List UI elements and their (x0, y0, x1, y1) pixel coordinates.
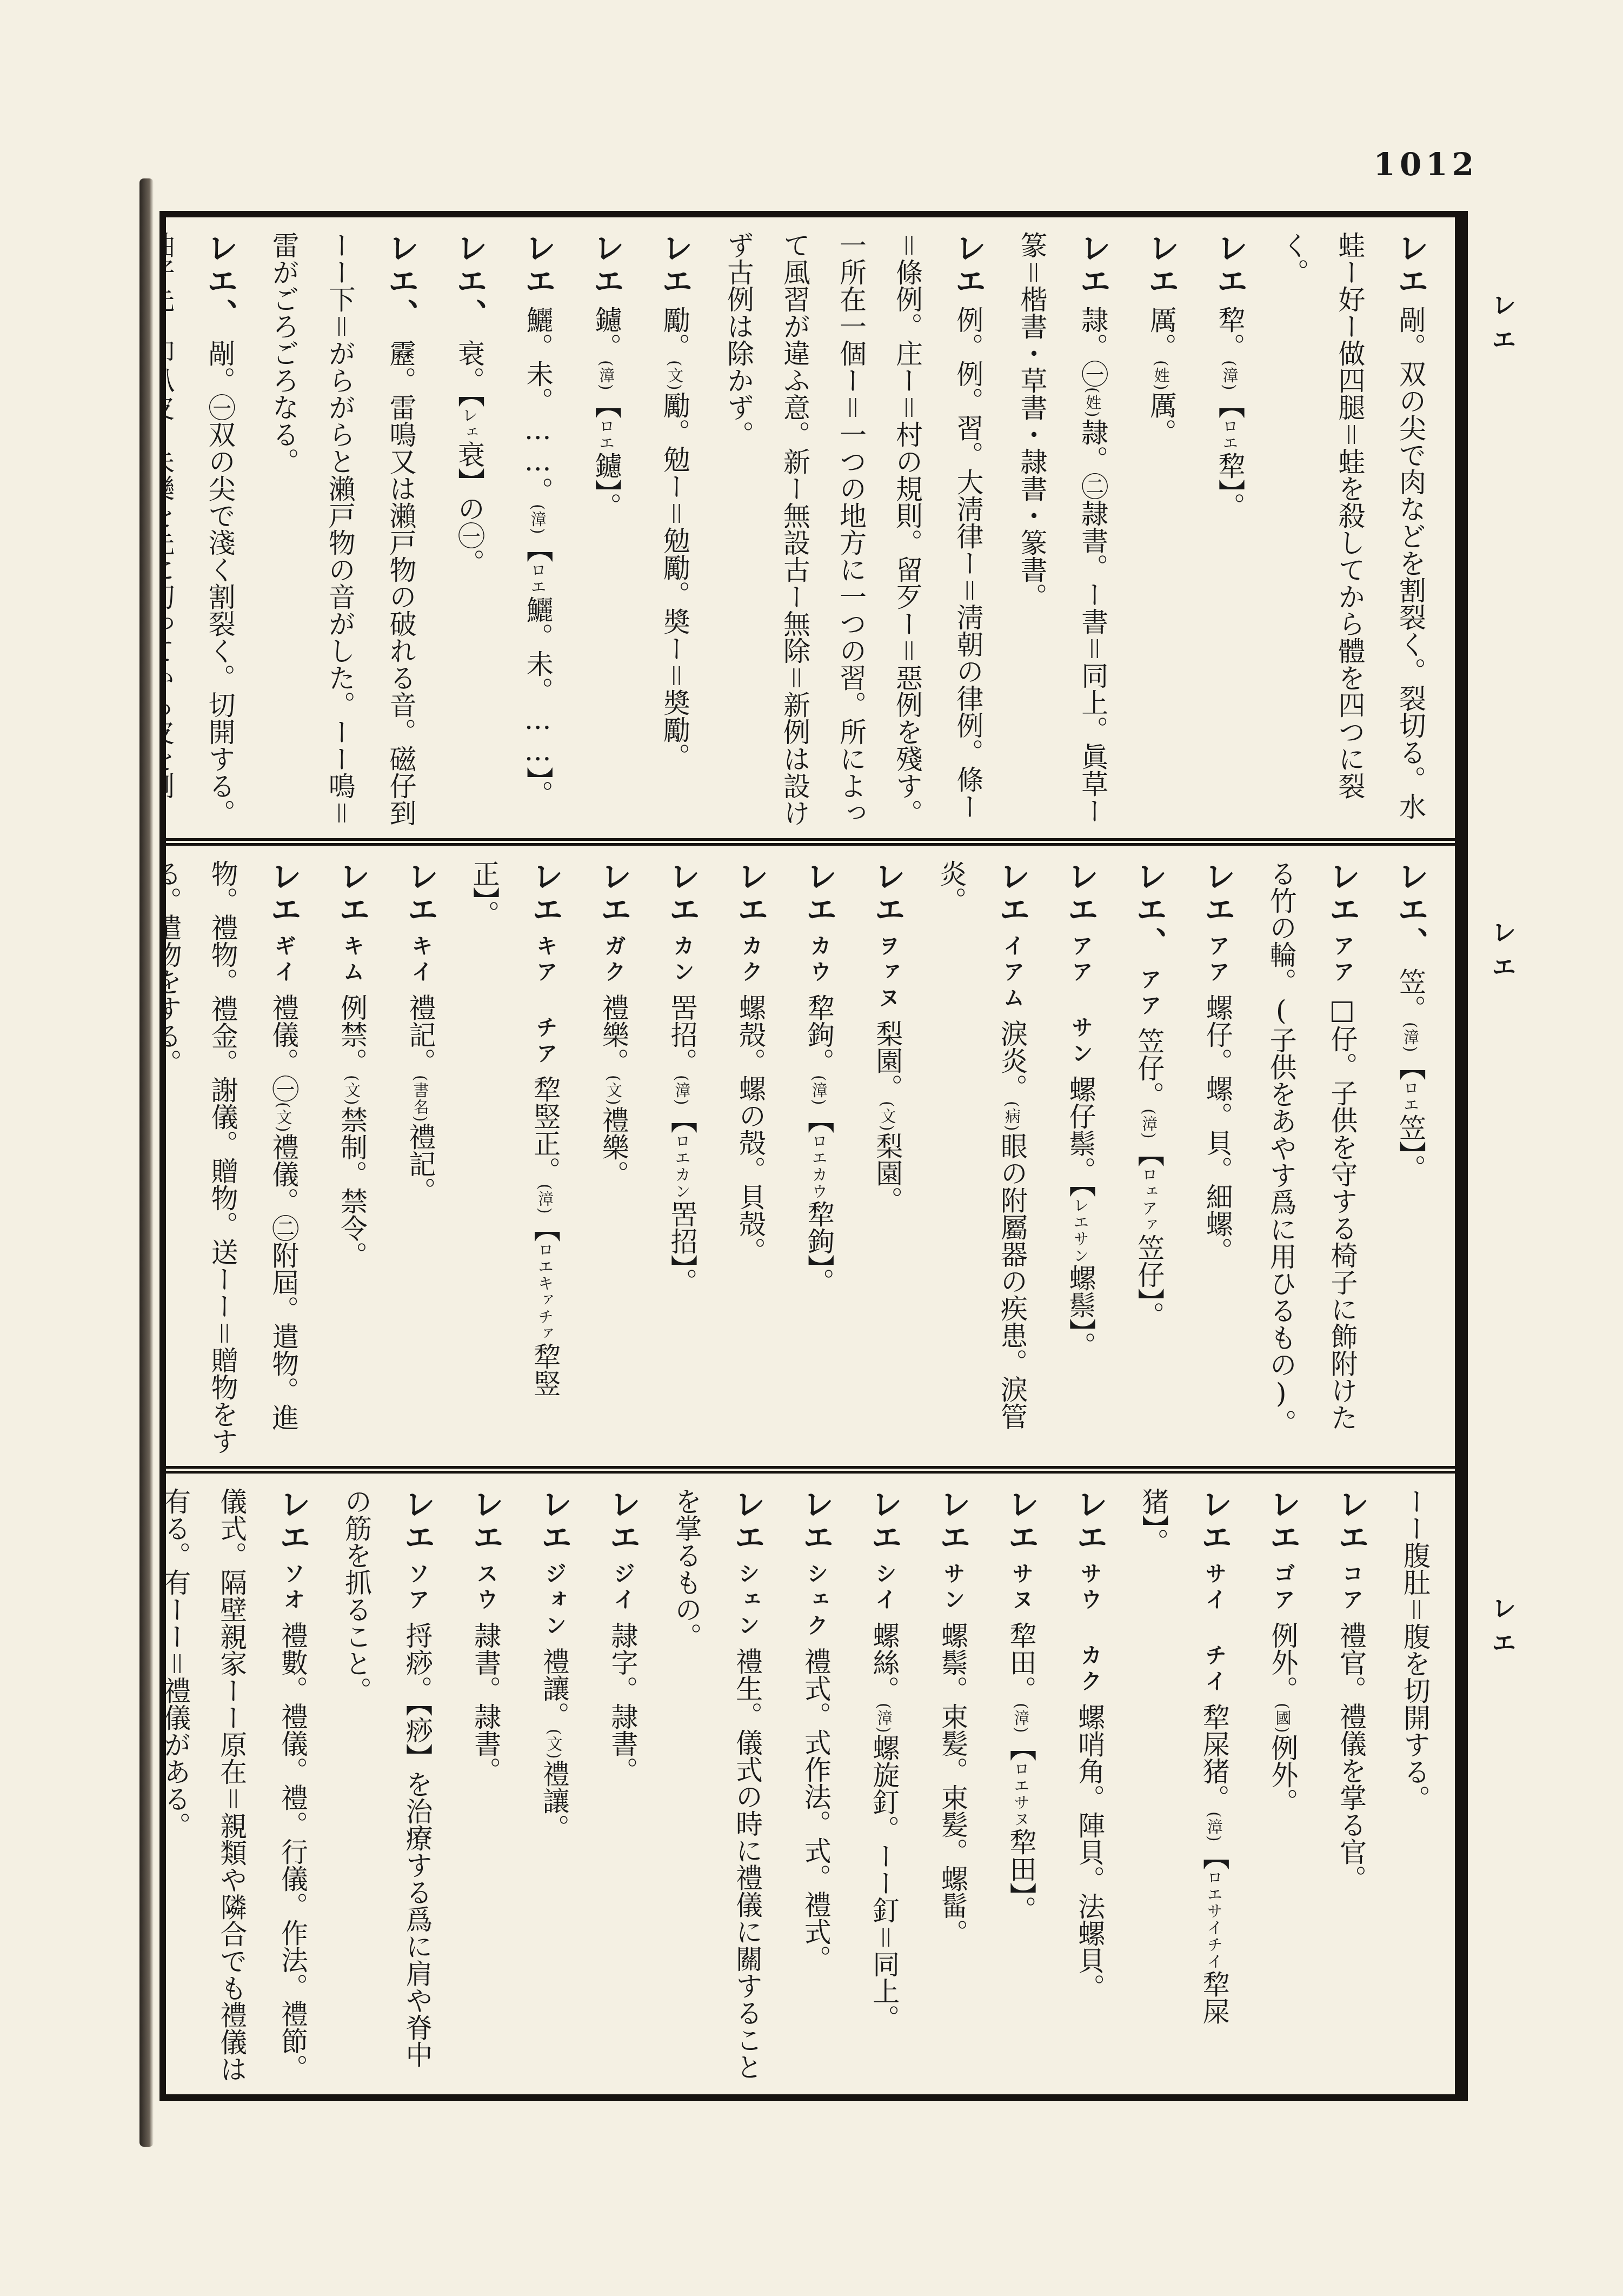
entry-sub-reading: アア サン (1068, 934, 1094, 1068)
entry-sub-reading: カン (669, 934, 695, 986)
small-annotation: ロエサヌ (1012, 1761, 1030, 1828)
small-annotation: (漳) (597, 360, 615, 391)
entry-head-reading: レエ (732, 860, 769, 927)
entry-head-reading: レエ (866, 1488, 902, 1555)
entry-head-reading: レエ (1062, 860, 1099, 927)
entry-sub-reading: シイ (872, 1562, 897, 1614)
entry-head-reading: レエ (801, 860, 837, 927)
entry-sub-reading: サウ カク (1077, 1562, 1102, 1696)
entry-body: 螺絲。(漳)螺旋釘。ーー釘＝同上。 (868, 1622, 900, 2032)
entry-head-reading: レエ (402, 860, 439, 927)
dictionary-entry: レエ鱺。未。……。(漳)【ロエ鱺。未。……】。 (505, 231, 570, 827)
entry-head-reading: レエ (1003, 1488, 1040, 1555)
entry-body: 禮官。禮儀を掌る官。 (1335, 1622, 1367, 1892)
small-annotation: (文) (274, 1102, 292, 1133)
entry-body: 例外。(國)例外。 (1267, 1622, 1298, 1815)
entry-body: 禮記。(書名)禮記。 (405, 994, 436, 1204)
entry-body: 螺哨角。陣貝。法螺貝。 (1074, 1703, 1105, 2001)
small-annotation: ロエカン (673, 1133, 691, 1200)
entry-head-reading: レエ (1333, 1488, 1369, 1555)
dictionary-entry: レエスウ隷書。隷書。 (453, 1488, 518, 2083)
dictionary-entry: レエシェン禮生。儀式の時に禮儀に關することを掌るもの。 (658, 1488, 780, 2083)
entry-sub-reading: ジォン (542, 1562, 567, 1640)
small-annotation: (病) (1003, 1101, 1021, 1132)
dictionary-entry: レエキム例禁。(文)禁制。禁令。 (319, 860, 384, 1456)
dictionary-entry: レエ、靂。雷鳴又は瀨戸物の破れる音。磁仔到ーー下＝がらがらと瀨戸物の音がした。ー… (256, 231, 434, 827)
dictionary-entry: レエ、衰。【レェ衰】の㊀。 (436, 231, 502, 827)
dictionary-entry: レエ、笠。(漳)【ロエ笠】。 (1378, 860, 1443, 1456)
entry-head-reading: レエ (467, 1488, 504, 1555)
entry-head-reading: レエ (1264, 1488, 1301, 1555)
dictionary-entry: レエ犂。(漳)【ロエ犂】。 (1197, 231, 1262, 827)
entry-head-reading: レエ (869, 860, 906, 927)
dictionary-entry: レエシェク禮式。式作法。式。禮式。 (783, 1488, 848, 2083)
entry-sub-reading: サヌ (1009, 1562, 1034, 1614)
entry-body: 螺仔。螺。貝。細螺。 (1202, 994, 1233, 1264)
small-annotation: ロエ (529, 562, 547, 596)
dictionary-entry: レエ隷。㊀(姓)隷。㊁隷書。ー書＝同上。眞草ー篆＝楷書・草書・隷書・篆書。 (1004, 231, 1126, 827)
entry-body: 鱺。未。……。(漳)【ロエ鱺。未。……】。 (522, 306, 554, 807)
entry-sub-reading: キイ (408, 934, 434, 986)
entry-sub-reading: カウ (807, 934, 832, 986)
entry-head-reading: レエ (274, 1488, 311, 1555)
entry-body: 梨園。(文)梨園。 (872, 1020, 903, 1213)
small-annotation: (漳) (536, 1184, 554, 1215)
entry-sub-reading: ガク (601, 934, 627, 986)
band-1: レエ剮。双の尖で肉などを割裂く。裂切る。水蛙ー好ー做四腿＝蛙を殺してから體を四つ… (166, 217, 1455, 838)
small-annotation: ロエサイチイ (1205, 1870, 1223, 1970)
dictionary-page: 1012 レエ剮。双の尖で肉などを割裂く。裂切る。水蛙ー好ー做四腿＝蛙を殺してか… (0, 0, 1623, 2296)
dictionary-entry: レエゴア例外。(國)例外。 (1250, 1488, 1315, 2083)
entry-sub-reading: キム (340, 934, 365, 986)
entry-body: 螺鬃。束髪。束髪。螺髷。 (937, 1622, 968, 1946)
dictionary-entry: レエジォン禮讓。(文)禮讓。 (521, 1488, 587, 2083)
entry-body: 隷字。隷書。 (607, 1622, 638, 1784)
content-box: レエ剮。双の尖で肉などを割裂く。裂切る。水蛙ー好ー做四腿＝蛙を殺してから體を四つ… (159, 211, 1468, 2101)
margin-guide-label-1: レエ (1485, 292, 1520, 361)
small-annotation: (姓) (1152, 360, 1170, 391)
entry-head-reading: レエ (994, 860, 1030, 927)
entry-body: 隷。㊀(姓)隷。㊁隷書。ー書＝同上。眞草ー篆＝楷書・草書・隷書・篆書。 (1016, 231, 1109, 824)
dictionary-entry: レエギイ禮儀。㊀(文)禮儀。㊁附屆。遣物。進物。禮物。禮金。謝儀。贈物。送ーー＝… (166, 860, 316, 1456)
dictionary-entry: レエヲァヌ梨園。(文)梨園。 (855, 860, 920, 1456)
band-3: ーー腹肚＝腹を切開する。レエコア禮官。禮儀を掌る官。レエゴア例外。(國)例外。レ… (166, 1466, 1455, 2094)
book-gutter-shadow (139, 178, 154, 2147)
dictionary-entry: レエキイ禮記。(書名)禮記。 (388, 860, 453, 1456)
entry-body: 禮樂。(文)禮樂。 (598, 994, 629, 1187)
entry-head-reading: レエ (950, 231, 987, 298)
dictionary-entry: レエコア禮官。禮儀を掌る官。 (1318, 1488, 1383, 2083)
small-annotation: (漳) (1205, 1811, 1223, 1843)
entry-body: 犂。(漳)【ロエ犂】。 (1214, 306, 1245, 520)
small-annotation: (漳) (1401, 1022, 1420, 1053)
small-annotation: (文) (878, 1101, 896, 1132)
entry-body: 鑢。(漳)【ロエ鑢】。 (590, 306, 622, 520)
dictionary-entry: レエアア サン螺仔鬃。【レエサン螺鬃】。 (1048, 860, 1113, 1456)
entry-sub-reading: ソオ (280, 1562, 305, 1614)
entry-sub-reading: シェク (803, 1562, 829, 1640)
page-number: 1012 (1374, 146, 1478, 183)
dictionary-entry: レエ鑢。(漳)【ロエ鑢】。 (574, 231, 639, 827)
entry-head-reading: レエ (1143, 231, 1180, 298)
entry-head-reading: レエ (1074, 231, 1111, 298)
small-annotation: ロエ (597, 419, 615, 452)
entry-sub-reading: ジイ (610, 1562, 635, 1614)
entry-body: 厲。(姓)厲。 (1146, 306, 1177, 446)
entry-head-reading: レエ (527, 860, 563, 927)
small-annotation: (國) (1273, 1703, 1292, 1734)
entry-sub-reading: アア (1329, 934, 1355, 986)
dictionary-entry: レエイアム淚炎。(病)眼の附屬器の疾患。淚管炎。 (923, 860, 1045, 1456)
entry-head-reading: レエ、 (202, 231, 238, 332)
small-annotation: レェ (460, 407, 478, 441)
entry-sub-reading: ソア (405, 1562, 430, 1614)
entry-head-reading: レエ (399, 1488, 436, 1555)
dictionary-entry: レエサヌ犂田。(漳)【ロエサヌ犂田】。 (988, 1488, 1054, 2083)
entry-head-reading: レエ (729, 1488, 766, 1555)
entry-head-reading: レエ (334, 860, 370, 927)
entry-head-reading: レエ (1196, 1488, 1233, 1555)
small-annotation: (漳) (1012, 1703, 1030, 1734)
entry-head-reading: レエ (934, 1488, 971, 1555)
entry-sub-reading: アア (1205, 934, 1230, 986)
dictionary-entry: レエガク禮樂。(文)禮樂。 (581, 860, 646, 1456)
entry-sub-reading: サン (940, 1562, 966, 1614)
entry-sub-reading: ゴア (1270, 1562, 1295, 1614)
dictionary-entry: レエ例。例。習。大淸律ー＝淸朝の律例。條ー＝條例。庄ー＝村の規則。留歹ー＝惡例を… (710, 231, 1001, 827)
dictionary-entry: レエジイ隷字。隷書。 (590, 1488, 655, 2083)
small-annotation: (文) (545, 1729, 563, 1760)
small-annotation: (文) (343, 1075, 361, 1106)
margin-guide-label-2: レエ (1485, 919, 1520, 988)
dictionary-entry: レエカウ犂鉤。(漳)【ロエカウ犂鉤】。 (786, 860, 852, 1456)
entry-sub-reading: コア (1339, 1562, 1364, 1614)
margin-guide-label-3: レエ (1485, 1595, 1520, 1664)
entry-sub-reading: アア (1136, 968, 1162, 1020)
dictionary-entry: レエサウ カク螺哨角。陣貝。法螺貝。 (1057, 1488, 1122, 2083)
small-annotation: (漳) (875, 1703, 893, 1734)
dictionary-entry: レエ剮。双の尖で肉などを割裂く。裂切る。水蛙ー好ー做四腿＝蛙を殺してから體を四つ… (1265, 231, 1443, 827)
small-annotation: ロエ (1401, 1080, 1420, 1113)
entry-head-reading: レエ、 (1392, 860, 1429, 960)
entry-head-reading: レエ (1323, 860, 1360, 927)
dictionary-entry: ーー腹肚＝腹を切開する。 (1387, 1488, 1443, 2083)
entry-head-reading: レエ (663, 860, 700, 927)
small-annotation: (漳) (673, 1075, 691, 1106)
entry-body: 剮。双の尖で肉などを割裂く。裂切る。水蛙ー好ー做四腿＝蛙を殺してから體を四つに裂… (1278, 231, 1426, 820)
small-annotation: ロエカウ (810, 1133, 828, 1200)
entry-sub-reading: カク (738, 934, 763, 986)
entry-sub-reading: スウ (473, 1562, 498, 1614)
small-annotation: (書名) (411, 1075, 430, 1123)
entry-sub-reading: ギイ (271, 934, 296, 986)
entry-body: 笠。(漳)【ロエ笠】。 (1395, 968, 1426, 1182)
entry-head-reading: レエ (520, 231, 556, 298)
dictionary-entry: レエ厲。(姓)厲。 (1128, 231, 1194, 827)
entry-body: 隷書。隷書。 (470, 1622, 501, 1784)
entry-body: 例禁。(文)禁制。禁令。 (336, 994, 368, 1269)
small-annotation: ロェアァ (1140, 1166, 1158, 1233)
small-annotation: レエサン (1072, 1197, 1090, 1264)
dictionary-entry: レエソア捋痧。【痧】を治療する爲に肩や脊中の筋を抓ること。 (328, 1488, 450, 2083)
dictionary-entry: レエカク螺殻。螺の殻。貝殻。 (717, 860, 783, 1456)
entry-head-reading: レエ (595, 860, 632, 927)
entry-body: 犂田。(漳)【ロエサヌ犂田】。 (1006, 1622, 1037, 1923)
small-annotation: ロエキァチァ (536, 1242, 554, 1342)
small-annotation: (漳) (529, 504, 547, 535)
entry-sub-reading: イアム (1000, 934, 1025, 1012)
entry-body: 禮式。式作法。式。禮式。 (800, 1648, 832, 1972)
dictionary-entry: レエサイ チイ犂屎猪。(漳)【ロエサイチイ犂屎猪】。 (1125, 1488, 1247, 2083)
entry-sub-reading: サイ チイ (1202, 1562, 1227, 1696)
small-annotation: (漳) (1140, 1109, 1158, 1140)
entry-head-reading: レエ (1071, 1488, 1108, 1555)
entry-body: 禮讓。(文)禮讓。 (538, 1648, 570, 1841)
entry-head-reading: レエ (536, 1488, 573, 1555)
small-annotation: (漳) (1220, 360, 1239, 391)
band-2: レエ、笠。(漳)【ロエ笠】。レエアア□仔。子供を守する椅子に飾附けたる竹の輪。(… (166, 838, 1455, 1466)
entry-head-reading: レエ、 (382, 231, 419, 332)
entry-head-reading: レエ (1211, 231, 1248, 298)
entry-head-reading: レエ (588, 231, 624, 298)
dictionary-entry: レエ勵。(文)勵。勉ー＝勉勵。奬ー＝奬勵。 (642, 231, 707, 827)
entry-head-reading: レエ (656, 231, 693, 298)
entry-head-reading: レエ (1199, 860, 1236, 927)
small-annotation: (文) (666, 360, 684, 391)
small-annotation: (漳) (810, 1075, 828, 1106)
dictionary-entry: レエアア□仔。子供を守する椅子に飾附けたる竹の輪。(子供をあやす爲に用ひるもの)… (1253, 860, 1375, 1456)
dictionary-entry: レエキア チア犂竪正。(漳)【ロエキァチァ犂竪正】。 (456, 860, 578, 1456)
entry-body: 螺仔鬃。【レエサン螺鬃】。 (1065, 1076, 1096, 1359)
dictionary-entry: レエカン罟招。(漳)【ロエカン罟招】。 (649, 860, 715, 1456)
entry-head-reading: レエ、 (451, 231, 488, 332)
dictionary-entry: レエソオ禮數。禮儀。禮。行儀。作法。禮節。儀式。隔壁親家ーー原在＝親類や隣合でも… (166, 1488, 325, 2083)
entry-head-reading: レエ、 (1130, 860, 1167, 960)
entry-body: 螺殻。螺の殻。貝殻。 (735, 994, 766, 1264)
small-annotation: ロエ (1220, 419, 1239, 452)
entry-body: 犂鉤。(漳)【ロエカウ犂鉤】。 (803, 994, 835, 1295)
entry-sub-reading: ヲァヌ (875, 934, 900, 1012)
entry-body: 例。例。習。大淸律ー＝淸朝の律例。條ー＝條例。庄ー＝村の規則。留歹ー＝惡例を殘す… (723, 231, 984, 826)
small-annotation: (姓) (1083, 387, 1102, 419)
entry-sub-reading: キア チア (533, 934, 558, 1068)
dictionary-entry: レエアア螺仔。螺。貝。細螺。 (1185, 860, 1250, 1456)
entry-body: ーー腹肚＝腹を切開する。 (1399, 1488, 1431, 1812)
entry-body: 笠仔。(漳)【ロェアァ笠仔】。 (1133, 1027, 1165, 1329)
entry-head-reading: レエ (604, 1488, 641, 1555)
dictionary-entry: レエシイ螺絲。(漳)螺旋釘。ーー釘＝同上。 (852, 1488, 917, 2083)
dictionary-entry: レエサン螺鬃。束髪。束髪。螺髷。 (920, 1488, 985, 2083)
entry-body: 罟招。(漳)【ロエカン罟招】。 (666, 994, 697, 1295)
small-annotation: (文) (604, 1075, 623, 1106)
entry-sub-reading: シェン (735, 1562, 760, 1640)
dictionary-entry: レエ、剮。㊀双の尖で淺く割裂く。切開する。柚仔先ー即扒皮＝朱欒を先に切ってから皮… (166, 231, 252, 827)
entry-body: 勵。(文)勵。勉ー＝勉勵。奬ー＝奬勵。 (659, 306, 690, 770)
entry-head-reading: レエ (797, 1488, 834, 1555)
dictionary-entry: レエ、アア笠仔。(漳)【ロェアァ笠仔】。 (1116, 860, 1182, 1456)
entry-head-reading: レエ (1392, 231, 1429, 298)
entry-body: 衰。【レェ衰】の㊀。 (454, 340, 485, 576)
entry-head-reading: レエ (265, 860, 302, 927)
